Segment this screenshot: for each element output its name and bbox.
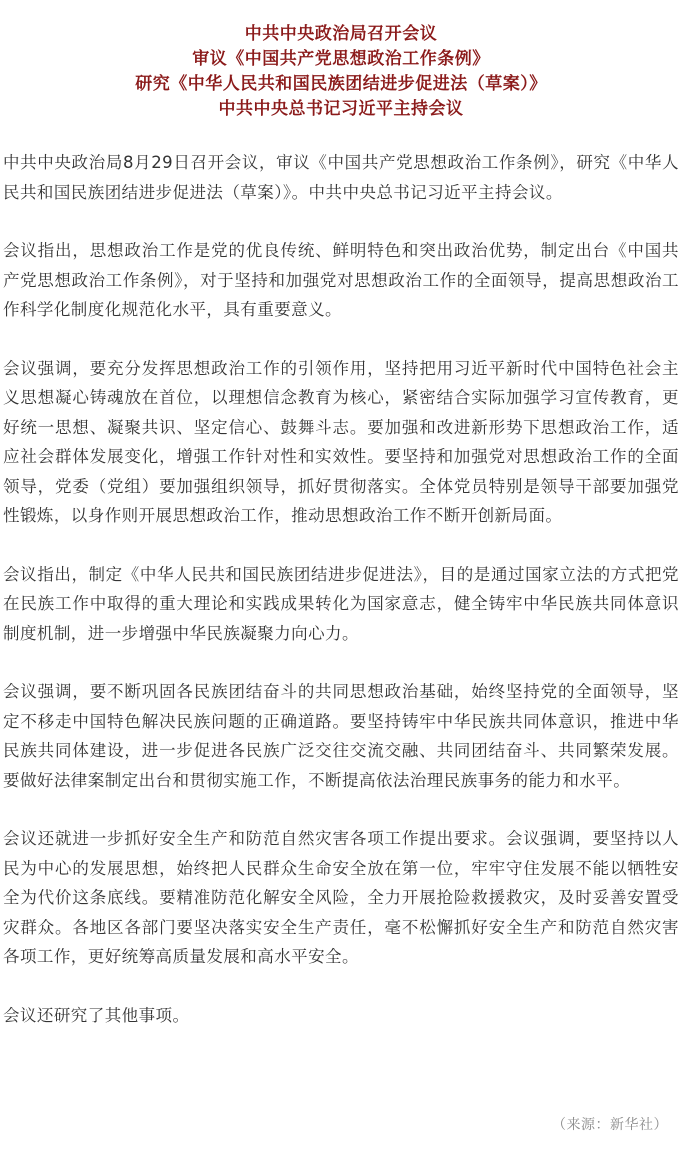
article-body: 中共中央政治局8月29日召开会议，审议《中国共产党思想政治工作条例》，研究《中华… <box>3 148 679 1030</box>
title-line-3: 研究《中华人民共和国民族团结进步促进法（草案）》 <box>3 72 679 97</box>
paragraph-ethnic-unity-requirements: 会议强调，要不断巩固各民族团结奋斗的共同思想政治基础，始终坚持党的全面领导，坚定… <box>3 677 679 795</box>
title-line-2: 审议《中国共产党思想政治工作条例》 <box>3 47 679 72</box>
title-line-4: 中共中央总书记习近平主持会议 <box>3 97 679 122</box>
article: 中共中央政治局召开会议 审议《中国共产党思想政治工作条例》 研究《中华人民共和国… <box>3 0 679 1059</box>
article-title: 中共中央政治局召开会议 审议《中国共产党思想政治工作条例》 研究《中华人民共和国… <box>3 0 679 122</box>
title-line-1: 中共中央政治局召开会议 <box>3 22 679 47</box>
paragraph-ideological-work-significance: 会议指出，思想政治工作是党的优良传统、鲜明特色和突出政治优势，制定出台《中国共产… <box>3 236 679 325</box>
source-attribution: （来源：新华社） <box>552 1114 668 1134</box>
paragraph-safety-production: 会议还就进一步抓好安全生产和防范自然灾害各项工作提出要求。会议强调，要坚持以人民… <box>3 824 679 972</box>
paragraph-meeting-intro: 中共中央政治局8月29日召开会议，审议《中国共产党思想政治工作条例》，研究《中华… <box>3 148 679 207</box>
paragraph-ethnic-unity-law: 会议指出，制定《中华人民共和国民族团结进步促进法》，目的是通过国家立法的方式把党… <box>3 560 679 649</box>
paragraph-other-matters: 会议还研究了其他事项。 <box>3 1001 679 1031</box>
paragraph-ideological-work-requirements: 会议强调，要充分发挥思想政治工作的引领作用，坚持把用习近平新时代中国特色社会主义… <box>3 354 679 531</box>
